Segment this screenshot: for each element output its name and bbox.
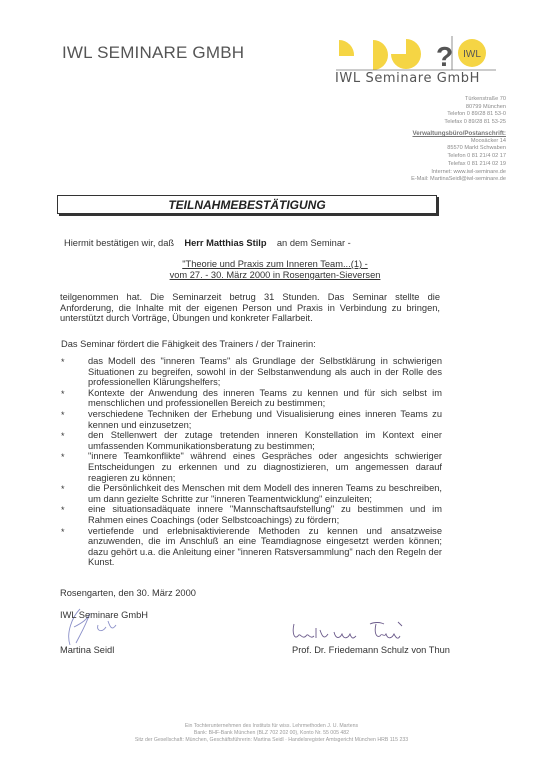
- document-title-box: TEILNAHMEBESTÄTIGUNG: [57, 195, 437, 214]
- address-admin: Verwaltungsbüro/Postanschrift: Moosäcker…: [411, 130, 506, 184]
- intro-before: Hiermit bestätigen wir, daß: [64, 238, 174, 248]
- logo-quarter-shape-icon: [339, 40, 354, 56]
- footer: Ein Tochterunternehmen des Instituts für…: [0, 723, 543, 745]
- place-date: Rosengarten, den 30. März 2000: [60, 588, 196, 599]
- skill-list-item: *die Persönlichkeit des Menschen mit dem…: [60, 483, 442, 504]
- skill-text: das Modell des "inneren Teams" als Grund…: [88, 356, 442, 387]
- company-name-header: IWL SEMINARE GMBH: [62, 43, 244, 63]
- admin-website: Internet: www.iwl-seminare.de: [411, 169, 506, 177]
- footer-line-bank: Bank: BHF-Bank München (BLZ 702 202 00),…: [0, 730, 543, 737]
- skills-intro: Das Seminar fördert die Fähigkeit des Tr…: [61, 339, 316, 350]
- skill-text: die Persönlichkeit des Menschen mit dem …: [88, 483, 442, 504]
- seminar-title: "Theorie und Praxis zum Inneren Team...(…: [40, 259, 510, 280]
- seminar-title-line1: "Theorie und Praxis zum Inneren Team...(…: [40, 259, 510, 270]
- signature-right-name: Prof. Dr. Friedemann Schulz von Thun: [292, 645, 450, 656]
- skill-list-item: *verschiedene Techniken der Erhebung und…: [60, 409, 442, 430]
- skills-list: *das Modell des "inneren Teams" als Grun…: [60, 356, 442, 568]
- svg-text:IWL: IWL: [463, 49, 481, 60]
- skill-list-item: *Kontexte der Anwendung des inneren Team…: [60, 388, 442, 409]
- skill-list-item: *den Stellenwert der zutage tretenden in…: [60, 430, 442, 451]
- intro-after: an dem Seminar -: [277, 238, 351, 248]
- logo-company-name: IWL Seminare GmbH: [335, 71, 480, 86]
- bullet-asterisk-icon: *: [61, 484, 65, 495]
- bullet-asterisk-icon: *: [61, 389, 65, 400]
- address-street: Türkenstraße 70: [444, 96, 506, 104]
- skill-text: Kontexte der Anwendung des inneren Teams…: [88, 388, 442, 409]
- logo-question-mark-icon: ?: [436, 41, 453, 72]
- bullet-asterisk-icon: *: [61, 505, 65, 516]
- bullet-asterisk-icon: *: [61, 452, 65, 463]
- address-fax: Telefax 0 89/28 81 53-25: [444, 119, 506, 127]
- intro-line: Hiermit bestätigen wir, daß Herr Matthia…: [64, 238, 351, 249]
- admin-email: E-Mail: MartinaSeidl@iwl-seminare.de: [411, 176, 506, 184]
- address-phone: Telefon 0 89/28 81 53-0: [444, 111, 506, 119]
- signature-right-scribble-icon: [290, 618, 420, 644]
- address-city: 80799 München: [444, 104, 506, 112]
- logo-half-circle-icon: [373, 40, 388, 70]
- body-paragraph: teilgenommen hat. Die Seminarzeit betrug…: [60, 292, 440, 324]
- bullet-asterisk-icon: *: [61, 527, 65, 538]
- bullet-asterisk-icon: *: [61, 357, 65, 368]
- skill-text: den Stellenwert der zutage tretenden inn…: [88, 430, 442, 451]
- skill-list-item: *vertiefende und erlebnisaktivierende Me…: [60, 526, 442, 568]
- footer-line-parent-company: Ein Tochterunternehmen des Instituts für…: [0, 723, 543, 730]
- address-main: Türkenstraße 70 80799 München Telefon 0 …: [444, 96, 506, 127]
- admin-phone: Telefon 0 81 21/4 02 17: [411, 153, 506, 161]
- admin-fax: Telefax 0 81 21/4 02 19: [411, 161, 506, 169]
- signature-left-org: IWL Seminare GmbH: [60, 610, 148, 621]
- skill-text: verschiedene Techniken der Erhebung und …: [88, 409, 442, 430]
- signature-left-name: Martina Seidl: [60, 645, 114, 656]
- seminar-title-line2: vom 27. - 30. März 2000 in Rosengarten-S…: [40, 270, 510, 281]
- skill-text: vertiefende und erlebnisaktivierende Met…: [88, 526, 442, 568]
- bullet-asterisk-icon: *: [61, 410, 65, 421]
- skill-list-item: *eine situationsadäquate innere "Mannsch…: [60, 504, 442, 525]
- admin-city: 85570 Markt Schwaben: [411, 145, 506, 153]
- logo-three-quarter-icon: [391, 39, 421, 69]
- skill-list-item: *"innere Teamkonflikte" während eines Ge…: [60, 451, 442, 483]
- participant-name: Herr Matthias Stilp: [184, 238, 266, 248]
- skill-text: "innere Teamkonflikte" während eines Ges…: [88, 451, 442, 482]
- skill-list-item: *das Modell des "inneren Teams" als Grun…: [60, 356, 442, 388]
- document-title: TEILNAHMEBESTÄTIGUNG: [168, 198, 325, 212]
- skill-text: eine situationsadäquate innere "Mannscha…: [88, 504, 442, 525]
- address-admin-heading: Verwaltungsbüro/Postanschrift:: [411, 130, 506, 138]
- bullet-asterisk-icon: *: [61, 431, 65, 442]
- admin-street: Moosäcker 14: [411, 138, 506, 146]
- footer-line-registry: Sitz der Gesellschaft: München, Geschäft…: [0, 737, 543, 744]
